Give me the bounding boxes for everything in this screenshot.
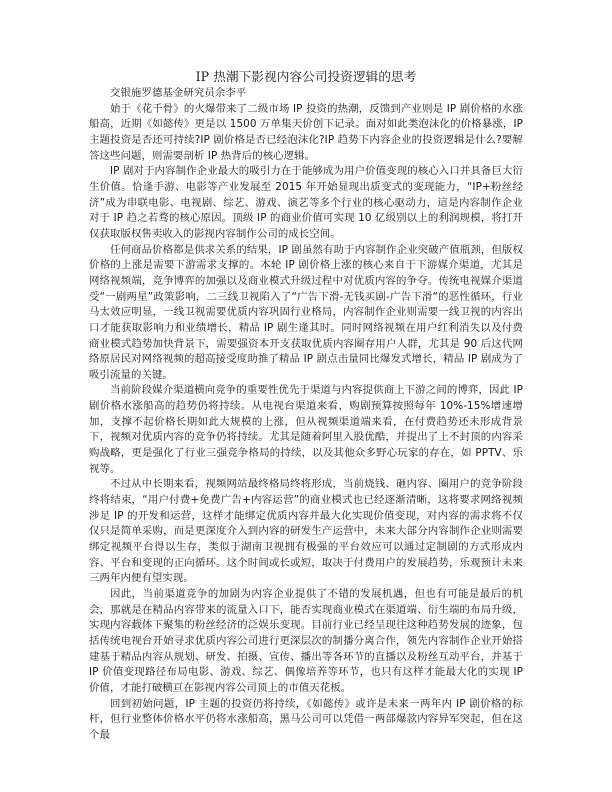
paragraph-5: 不过从中长期来看，视频网站最终格局终将形成，当前烧钱、砸内容、圈用户的竞争阶段终…	[89, 477, 523, 587]
paragraph-2: IP 剧对于内容制作企业最大的吸引力在于能够成为用户价值变现的核心入口并具备巨大…	[89, 164, 523, 242]
document-title: IP 热潮下影视内容公司投资逻辑的思考	[89, 68, 523, 86]
paragraph-4: 当前阶段媒介渠道横向竞争的重要性优先于渠道与内容提供商上下游之间的博弈，因此 I…	[89, 383, 523, 477]
paragraph-7: 回到初始问题，IP 主题的投资仍将持续，《如懿传》或许是未来一两年内 IP 剧价…	[89, 697, 523, 744]
document-page: IP 热潮下影视内容公司投资逻辑的思考 交银施罗德基金研究员余李平 始于《花千骨…	[89, 68, 523, 744]
paragraph-1: 始于《花千骨》的火爆带来了二级市场 IP 投资的热潮，反馈到产业则是 IP 剧价…	[89, 102, 523, 165]
paragraph-6: 因此，当前渠道竞争的加剧为内容企业提供了不错的发展机遇，但也有可能是最后的机会，…	[89, 587, 523, 697]
paragraph-3: 任何商品价格都是供求关系的结果，IP 剧虽然有助于内容制作企业突破产值瓶颈，但版…	[89, 243, 523, 384]
author-line: 交银施罗德基金研究员余李平	[89, 86, 523, 102]
